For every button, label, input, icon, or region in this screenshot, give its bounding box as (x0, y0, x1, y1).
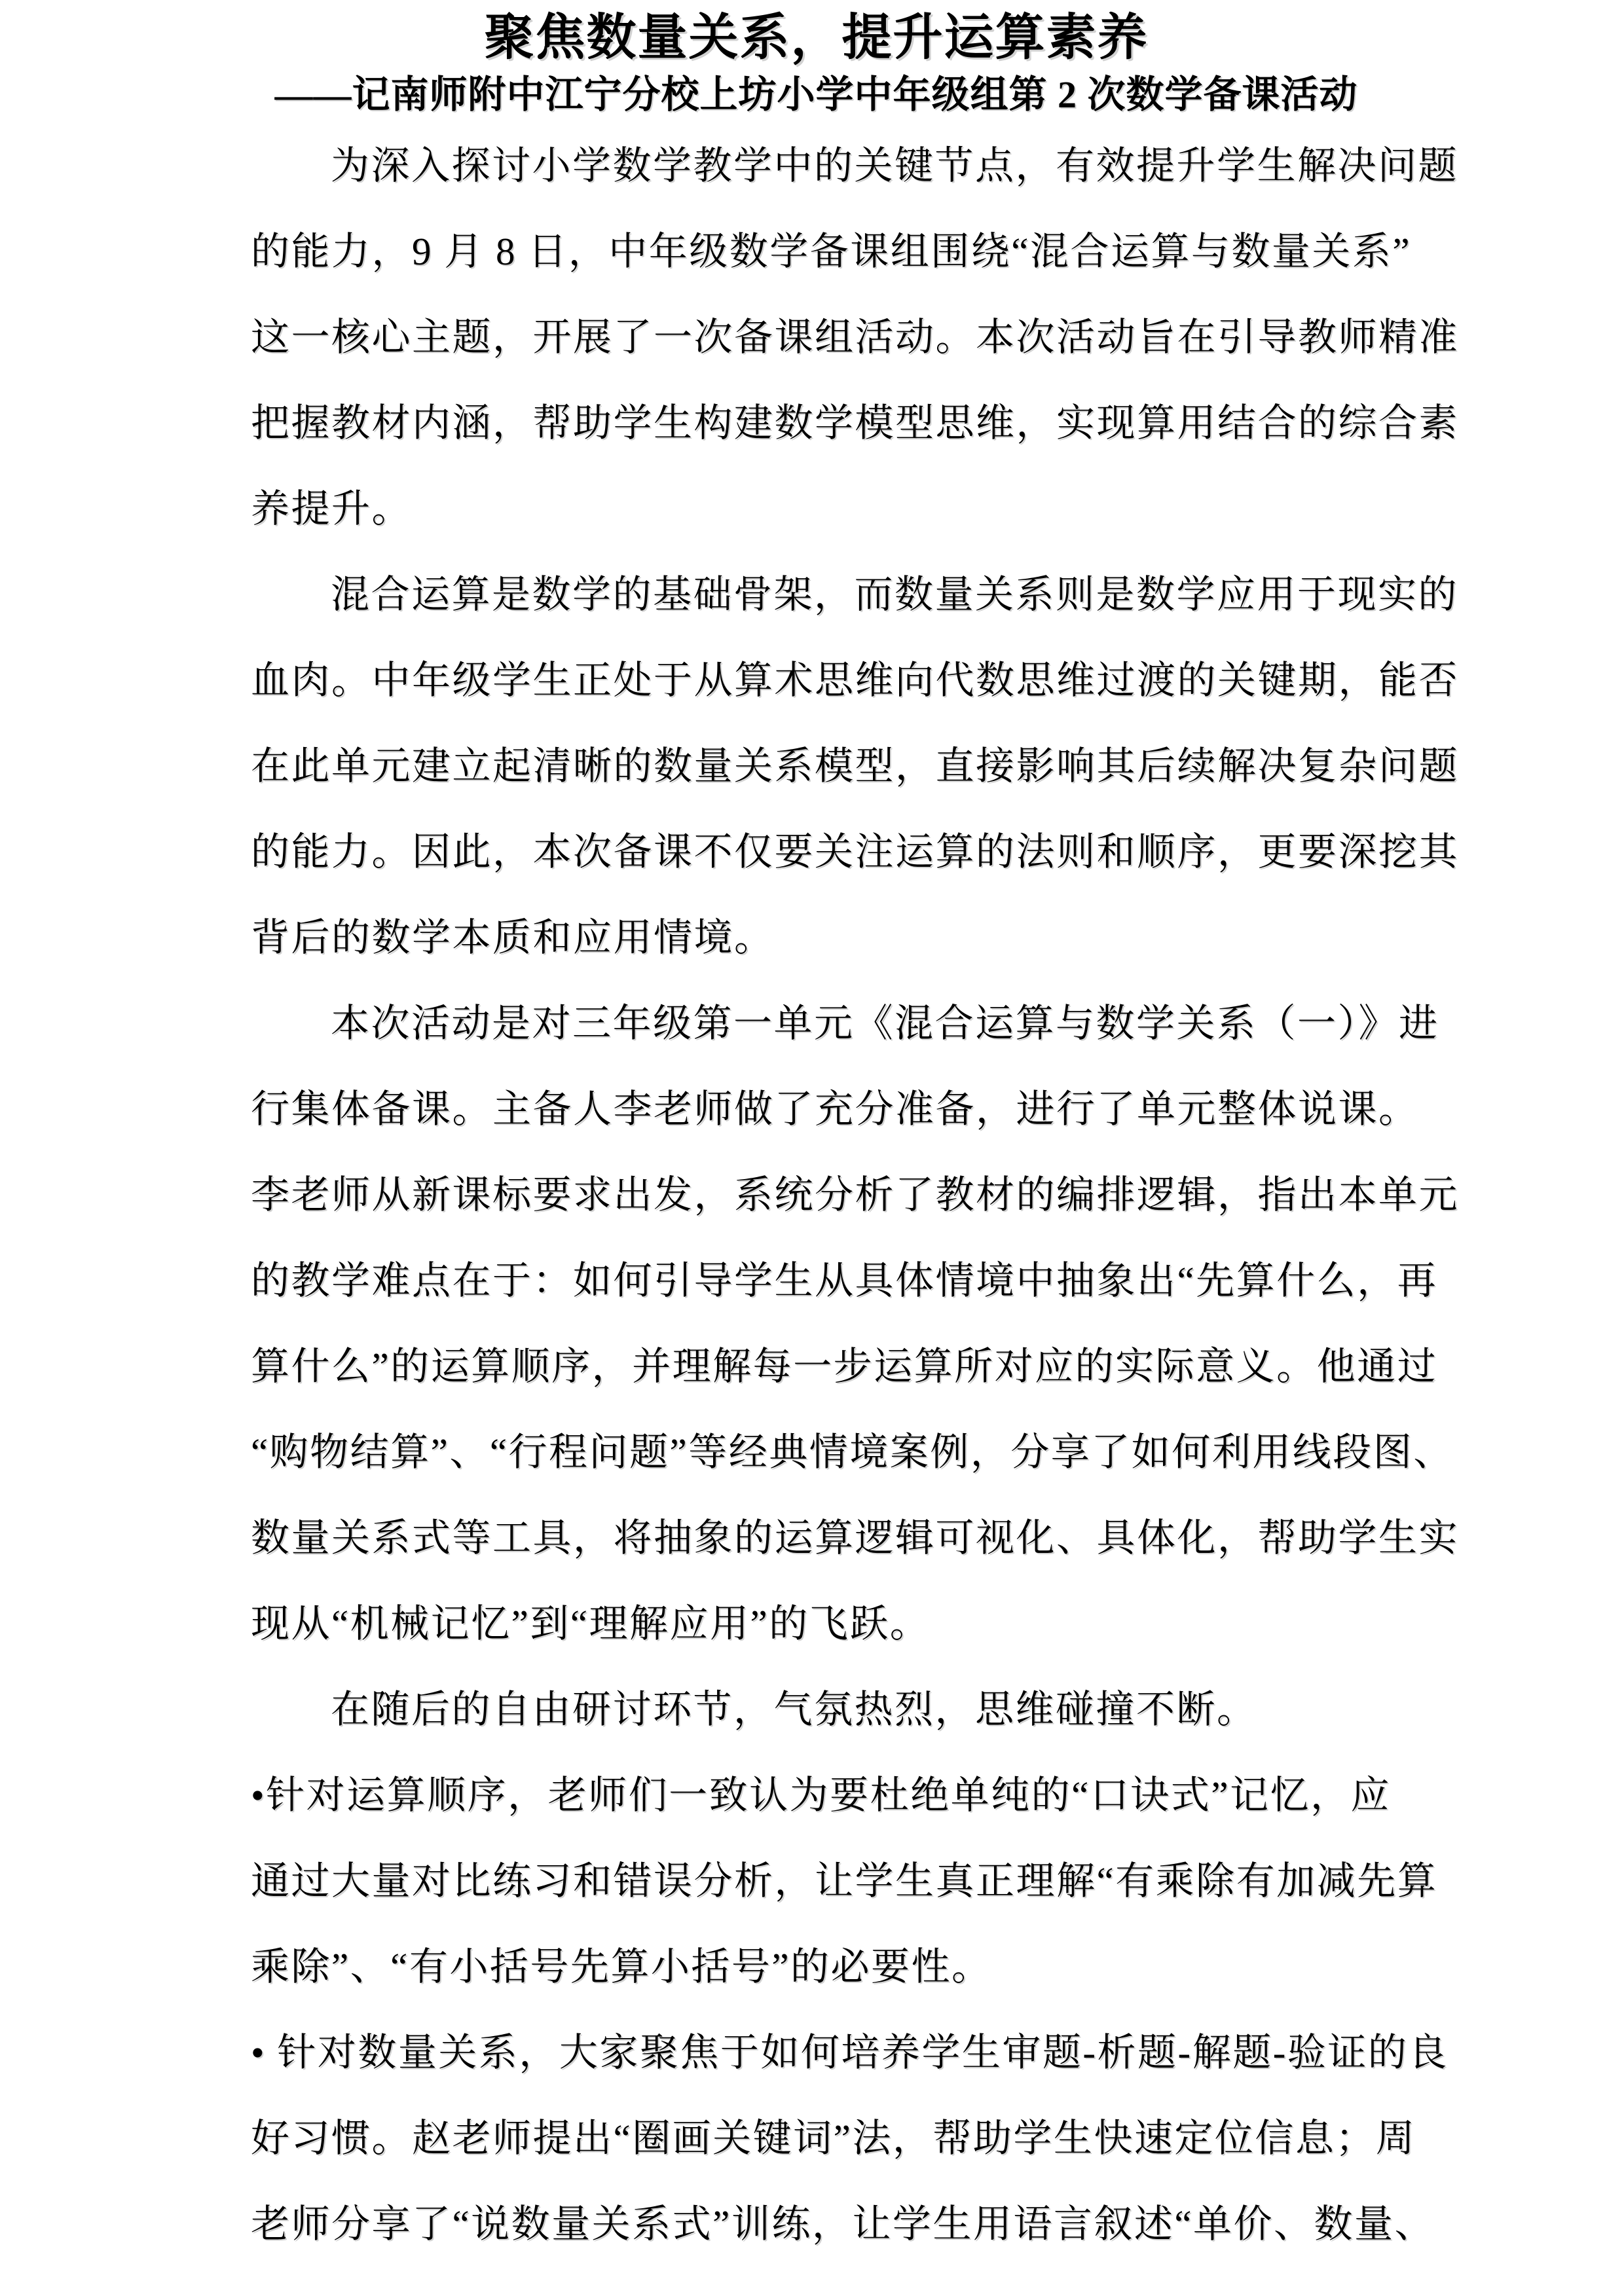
text-line: • 针对数量关系，大家聚焦于如何培养学生审题-析题-解题-验证的良 (251, 2010, 1382, 2096)
text-line: 在随后的自由研讨环节，气氛热烈，思维碰撞不断。 (251, 1667, 1382, 1753)
text-line: 在此单元建立起清晰的数量关系模型，直接影响其后续解决复杂问题 (251, 723, 1382, 809)
text-line: 这一核心主题，开展了一次备课组活动。本次活动旨在引导教师精准 (251, 295, 1382, 380)
text-line: 把握教材内涵，帮助学生构建数学模型思维，实现算用结合的综合素 (251, 380, 1382, 466)
text-line: 血肉。中年级学生正处于从算术思维向代数思维过渡的关键期，能否 (251, 638, 1382, 723)
text-line: 的教学难点在于：如何引导学生从具体情境中抽象出“先算什么，再 (251, 1238, 1382, 1324)
text-line: 的能力，9 月 8 日，中年级数学备课组围绕“混合运算与数量关系” (251, 209, 1382, 295)
text-line: 算什么”的运算顺序，并理解每一步运算所对应的实际意义。他通过 (251, 1324, 1382, 1410)
text-line: 背后的数学本质和应用情境。 (251, 895, 1382, 981)
text-line: 为深入探讨小学数学教学中的关键节点，有效提升学生解决问题 (251, 123, 1382, 209)
text-line: 现从“机械记忆”到“理解应用”的飞跃。 (251, 1581, 1382, 1667)
document-title: 聚焦数量关系，提升运算素养 (251, 5, 1382, 71)
document-body: 为深入探讨小学数学教学中的关键节点，有效提升学生解决问题的能力，9 月 8 日，… (251, 123, 1382, 2267)
text-line: 乘除”、“有小括号先算小括号”的必要性。 (251, 1924, 1382, 2010)
text-line: 通过大量对比练习和错误分析，让学生真正理解“有乘除有加减先算 (251, 1838, 1382, 1924)
text-line: •针对运算顺序，老师们一致认为要杜绝单纯的“口诀式”记忆，应 (251, 1753, 1382, 1838)
text-line: 李老师从新课标要求出发，系统分析了教材的编排逻辑，指出本单元 (251, 1152, 1382, 1238)
text-line: 混合运算是数学的基础骨架，而数量关系则是数学应用于现实的 (251, 552, 1382, 638)
text-line: 本次活动是对三年级第一单元《混合运算与数学关系（一）》进 (251, 981, 1382, 1066)
text-line: 养提升。 (251, 466, 1382, 552)
document-subtitle: ——记南师附中江宁分校上坊小学中年级组第 2 次数学备课活动 (251, 71, 1382, 119)
document-page: 聚焦数量关系，提升运算素养 ——记南师附中江宁分校上坊小学中年级组第 2 次数学… (0, 0, 1624, 2296)
text-line: 数量关系式等工具，将抽象的运算逻辑可视化、具体化，帮助学生实 (251, 1495, 1382, 1581)
text-line: “购物结算”、“行程问题”等经典情境案例，分享了如何利用线段图、 (251, 1410, 1382, 1495)
text-line: 的能力。因此，本次备课不仅要关注运算的法则和顺序，更要深挖其 (251, 809, 1382, 895)
text-line: 行集体备课。主备人李老师做了充分准备，进行了单元整体说课。 (251, 1066, 1382, 1152)
text-line: 老师分享了“说数量关系式”训练，让学生用语言叙述“单价、数量、 (251, 2181, 1382, 2267)
text-line: 好习惯。赵老师提出“圈画关键词”法，帮助学生快速定位信息；周 (251, 2096, 1382, 2181)
